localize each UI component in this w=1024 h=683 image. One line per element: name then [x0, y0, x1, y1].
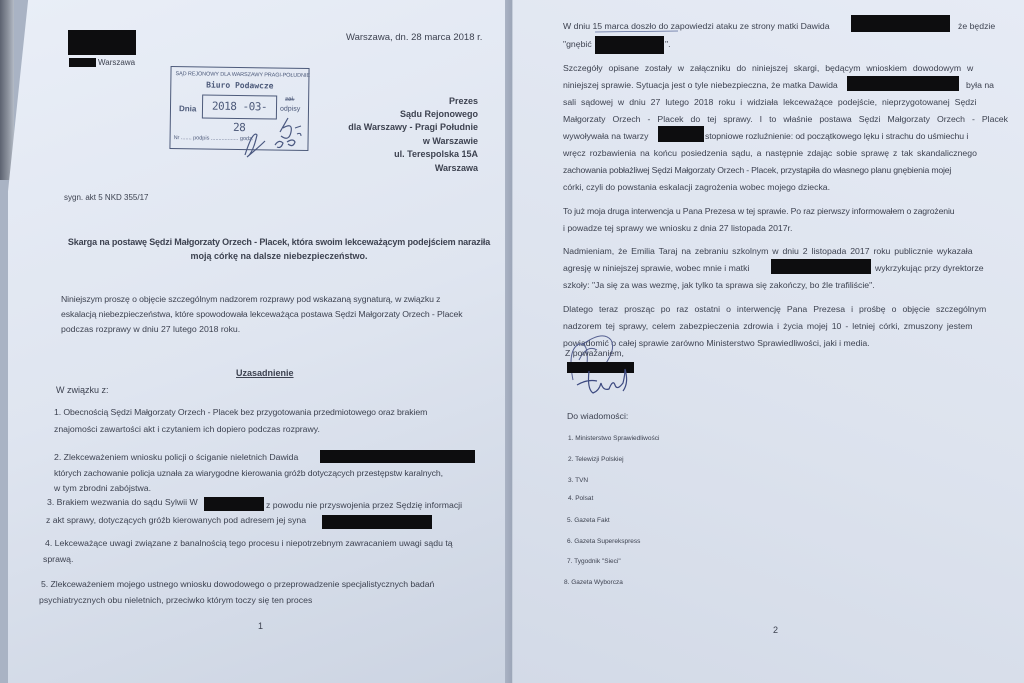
lead-text: W związku z: [56, 384, 109, 396]
intro-line: Niniejszym proszę o objęcie szczególnym … [61, 293, 501, 305]
p2-text: wywoływała na twarzy [563, 130, 648, 142]
redaction [320, 450, 475, 463]
case-reference: sygn. akt 5 NKD 355/17 [64, 192, 149, 204]
section-heading: Uzasadnienie [236, 367, 294, 379]
cc-item: 6. Gazeta Superekspress [567, 536, 640, 548]
redaction [851, 15, 950, 32]
subject-line: moją córkę na dalsze niebezpieczeństwo. [64, 250, 494, 262]
redaction-sender-name [68, 30, 136, 55]
intro-line: eskalacją niebezpieczeństwa, które spowo… [61, 308, 463, 320]
sender-city: Warszawa [98, 57, 135, 69]
point-line: 2. Zlekceważeniem wniosku policji o ścig… [54, 451, 298, 463]
subject-line: Skarga na postawę Sędzi Małgorzaty Orzec… [64, 236, 494, 248]
point-line: sprawą. [43, 553, 73, 565]
recipient-line: dla Warszawy - Pragi Południe [308, 121, 478, 133]
p2-text: stopniowe rozluźnienie: od początkowego … [705, 130, 968, 142]
cc-item: 8. Gazeta Wyborcza [564, 577, 623, 589]
redaction [322, 515, 432, 529]
cc-heading: Do wiadomości: [567, 410, 628, 422]
page-number: 1 [258, 620, 263, 632]
point-line: psychiatrycznych obu nieletnich, przeciw… [39, 594, 312, 606]
cc-item: 7. Tygodnik "Sieci" [567, 556, 621, 568]
cc-item: 5. Gazeta Fakt [567, 515, 610, 527]
document-page-2: W dniu 15 marca doszło do zapowiedzi ata… [512, 0, 1024, 683]
point-line: z powodu nie przyswojenia przez Sędzię i… [266, 499, 462, 511]
redaction-sender-address [69, 58, 96, 67]
stamp-zal-label: zał. [285, 97, 294, 103]
page-number: 2 [773, 624, 778, 636]
intro-line: podczas rozprawy w dniu 27 lutego 2018 r… [61, 323, 240, 335]
place-date: Warszawa, dn. 28 marca 2018 r. [346, 32, 482, 44]
point-line: 3. Brakiem wezwania do sądu Sylwii W [47, 496, 198, 508]
recipient-line: w Warszawie [358, 135, 478, 147]
signature-icon [573, 365, 673, 400]
redaction [204, 497, 264, 511]
point-line: 5. Zlekceważeniem mojego ustnego wniosku… [41, 578, 434, 590]
p2-text: że będzie [958, 20, 995, 32]
background-desk [0, 0, 14, 180]
cc-item: 2. Telewizji Polskiej [568, 454, 624, 466]
p4-text: agresję w niniejszej sprawie, wobec mnie… [563, 262, 749, 274]
stamp-court-name: SĄD REJONOWY DLA WARSZAWY PRAGI-POŁUDNIE [175, 71, 310, 79]
p4-text: szkoły: "Ja się za was wezmę, jak tylko … [563, 279, 875, 291]
stamp-handwriting-icon [225, 110, 325, 160]
redaction [771, 259, 871, 274]
p2-text: była na [966, 79, 994, 91]
cc-item: 1. Ministerstwo Sprawiedliwości [568, 433, 659, 445]
redaction [658, 126, 704, 142]
p2-text: córki, czyli do powstania eskalacji zagr… [563, 181, 830, 193]
p2-text: sali sądowej w dniu 27 lutego 2018 roku … [563, 96, 976, 108]
handwritten-underline-icon [513, 0, 713, 40]
stamp-date-label: Dnia [179, 104, 196, 113]
p5-text: Dlatego teraz prosząc po raz ostatni o i… [563, 303, 986, 315]
p4-text: Nadmieniam, że Emilia Taraj na zebraniu … [563, 245, 973, 257]
point-line: 1. Obecnością Sędzi Małgorzaty Orzech - … [54, 406, 427, 418]
p2-text: Szczegóły opisane zostały w załączniku d… [563, 62, 973, 74]
p2-text: wręcz rozbawienia na końcu posiedzenia s… [563, 147, 977, 159]
recipient-line: ul. Terespolska 15A [338, 148, 478, 160]
recipient-line: Warszawa [358, 162, 478, 174]
point-line: 4. Lekceważące uwagi związane z banalnoś… [45, 537, 453, 549]
p2-text: zachowania pobłażliwej Sędzi Małgorzaty … [563, 164, 951, 176]
point-line: których zachowanie policja uznała za wia… [54, 467, 443, 479]
p3-text: i powadze tej sprawy we wniosku z dnia 2… [563, 222, 792, 234]
cc-item: 4. Polsat [568, 493, 593, 505]
closing: Z poważaniem, [565, 347, 624, 359]
p4-text: wykrzykując przy dyrektorze [875, 262, 984, 274]
p2-text: niniejszej sprawie. Sytuacja jest o tyle… [563, 79, 838, 91]
recipient-line: Prezes [396, 95, 478, 107]
point-line: z akt sprawy, dotyczących gróźb kierowan… [46, 514, 306, 526]
point-line: znajomości zawartości akt i czytaniem ic… [54, 423, 320, 435]
recipient-line: Sądu Rejonowego [358, 108, 478, 120]
point-line: w tym zbrodni zabójstwa. [54, 482, 151, 494]
p2-text: Małgorzaty Orzech - Placek do tej sprawy… [563, 113, 1008, 125]
redaction [847, 76, 959, 91]
cc-item: 3. TVN [568, 475, 588, 487]
stamp-office: Biuro Podawcze [171, 80, 308, 91]
p3-text: To już moja druga interwencja u Pana Pre… [563, 205, 954, 217]
